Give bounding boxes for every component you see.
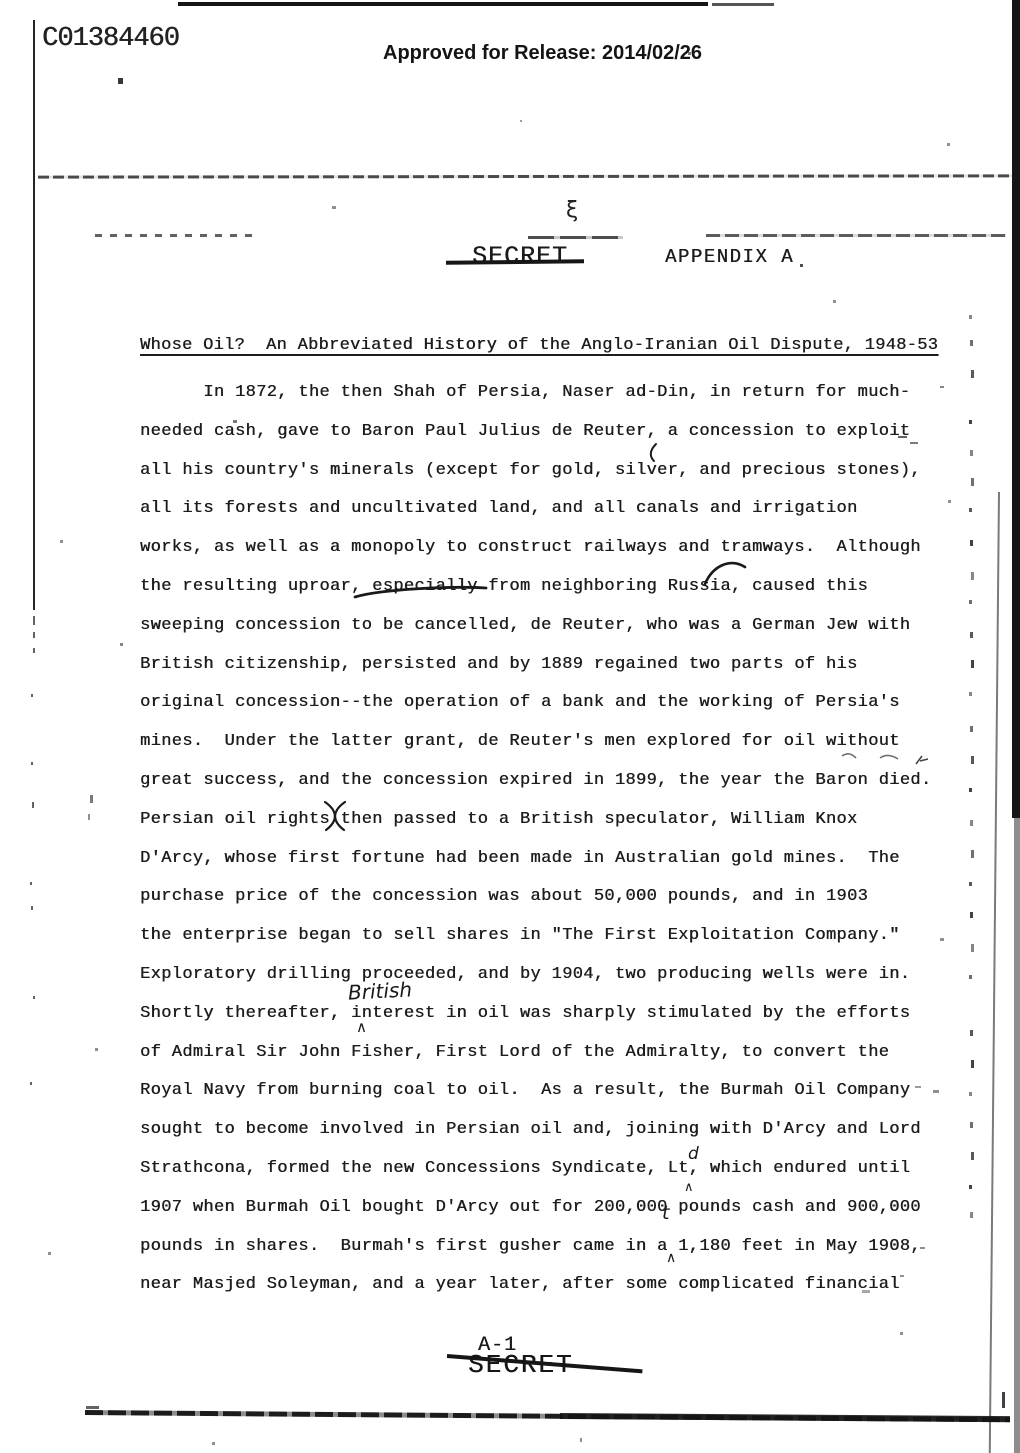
handwritten-flourish-russia	[702, 556, 748, 588]
document-body: In 1872, the then Shah of Persia, Naser …	[140, 374, 931, 1305]
body-line: pounds in shares. Burmah's first gusher …	[140, 1228, 931, 1267]
left-border-remnant	[33, 648, 35, 653]
scan-noise-speck	[60, 540, 63, 543]
body-line: D'Arcy, whose first fortune had been mad…	[140, 840, 931, 879]
body-line: needed cash, gave to Baron Paul Julius d…	[140, 413, 931, 452]
scan-noise-speck	[86, 1406, 99, 1409]
margin-tick-mark	[970, 632, 973, 638]
scan-noise-speck	[1002, 1392, 1005, 1408]
classification-header: SECRET	[472, 242, 568, 271]
scan-noise-speck	[95, 1048, 98, 1051]
margin-tick-mark	[969, 692, 972, 696]
margin-tick-mark	[971, 1060, 974, 1068]
body-line: sweeping concession to be cancelled, de …	[140, 607, 931, 646]
body-line: Royal Navy from burning coal to oil. As …	[140, 1072, 931, 1111]
margin-tick-mark	[969, 420, 972, 424]
scan-noise-speck	[947, 143, 950, 146]
scan-noise-speck	[862, 1290, 870, 1293]
body-line: sought to become involved in Persian oil…	[140, 1111, 931, 1150]
scan-artifact-top-line	[178, 2, 708, 6]
scan-artifact-bottom-line-dark	[560, 1413, 1010, 1422]
body-line: all its forests and uncultivated land, a…	[140, 490, 931, 529]
scan-noise-speck	[900, 1332, 903, 1335]
margin-tick-mark	[970, 340, 973, 346]
left-border-remnant	[33, 616, 35, 625]
handwritten-caret: ∧	[356, 1018, 367, 1036]
body-line: the enterprise began to sell shares in "…	[140, 917, 931, 956]
scan-noise-speck	[800, 264, 803, 267]
scan-noise-speck	[910, 442, 918, 444]
scan-artifact-dash-segment-right	[706, 234, 1006, 237]
scan-noise-speck	[920, 1247, 925, 1249]
body-line: works, as well as a monopoly to construc…	[140, 529, 931, 568]
scan-artifact-dash-segment-left	[95, 234, 257, 237]
margin-tick-mark	[970, 450, 973, 456]
scan-noise-speck	[940, 938, 944, 941]
scan-artifact-dotted-rule	[38, 174, 1013, 178]
scan-noise-speck	[233, 420, 237, 423]
margin-tick-mark	[971, 756, 974, 764]
left-border-remnant	[31, 694, 33, 697]
body-line: all his country's minerals (except for g…	[140, 452, 931, 491]
scan-noise-speck	[915, 1086, 921, 1088]
release-stamp: Approved for Release: 2014/02/26	[383, 42, 702, 65]
body-line: purchase price of the concession was abo…	[140, 878, 931, 917]
body-line: original concession--the operation of a …	[140, 684, 931, 723]
handwritten-insert-d: d	[688, 1144, 699, 1164]
body-line: In 1872, the then Shah of Persia, Naser …	[140, 374, 931, 413]
left-border-remnant	[33, 996, 35, 999]
scan-noise-speck	[580, 1438, 582, 1442]
body-line: Shortly thereafter, interest in oil was …	[140, 995, 931, 1034]
scan-noise-speck	[48, 1252, 51, 1255]
document-page: ξ C01384460 Approved for Release: 2014/0…	[0, 0, 1020, 1453]
handwritten-insert-british: British	[347, 977, 412, 1004]
pencil-marks-died	[840, 748, 930, 772]
margin-tick-mark	[971, 850, 974, 858]
scan-noise-speck	[940, 386, 944, 388]
document-number: C01384460	[42, 24, 179, 54]
document-title: Whose Oil? An Abbreviated History of the…	[140, 336, 938, 355]
left-border-remnant	[30, 1082, 32, 1085]
handwritten-insert-t: t	[662, 1202, 669, 1224]
scan-noise-speck	[688, 52, 691, 55]
scan-noise-speck	[88, 814, 90, 820]
margin-tick-mark	[970, 1212, 973, 1218]
left-border-remnant	[31, 906, 33, 910]
scan-noise-speck	[933, 1090, 939, 1093]
margin-tick-mark	[969, 600, 972, 604]
scan-artifact-right-fold-line	[989, 492, 1000, 1453]
scan-noise-speck	[900, 1275, 904, 1277]
scan-artifact-right-edge-dark	[1012, 0, 1020, 818]
body-line: great success, and the concession expire…	[140, 762, 931, 801]
scan-noise-speck	[90, 795, 93, 803]
handwritten-caret: ∧	[666, 1250, 676, 1266]
scan-artifact-left-border	[33, 20, 35, 610]
body-line: Strathcona, formed the new Concessions S…	[140, 1150, 931, 1189]
margin-tick-mark	[970, 726, 973, 732]
margin-tick-mark	[969, 508, 972, 512]
handwritten-comma-reuter	[646, 442, 660, 464]
left-border-remnant	[33, 632, 35, 638]
scan-noise-speck	[520, 120, 522, 122]
margin-tick-mark	[969, 315, 972, 319]
scan-noise-speck	[833, 300, 836, 303]
body-line: the resulting uproar, especially from ne…	[140, 568, 931, 607]
scan-noise-speck	[898, 436, 907, 438]
scan-artifact-squiggle-mark: ξ	[566, 198, 578, 223]
margin-tick-mark	[971, 660, 974, 668]
margin-tick-mark	[970, 912, 973, 918]
margin-tick-mark	[970, 820, 973, 826]
scan-noise-speck	[332, 206, 336, 209]
left-border-remnant	[30, 882, 32, 885]
margin-tick-mark	[969, 1092, 972, 1096]
scan-artifact-top-line-tail	[712, 3, 774, 6]
handwritten-caret: ∧	[684, 1180, 694, 1195]
margin-tick-mark	[969, 788, 972, 792]
margin-tick-mark	[970, 540, 973, 546]
margin-tick-mark	[969, 1185, 972, 1189]
margin-tick-mark	[971, 370, 974, 378]
body-line: Persian oil rights then passed to a Brit…	[140, 801, 931, 840]
appendix-label: APPENDIX A	[665, 246, 794, 268]
scan-artifact-right-edge-light	[1014, 818, 1020, 1453]
handwritten-strikethrough-especially	[354, 584, 488, 600]
body-line: near Masjed Soleyman, and a year later, …	[140, 1266, 931, 1305]
scan-artifact-dash-segment-mid	[528, 236, 623, 239]
body-line: 1907 when Burmah Oil bought D'Arcy out f…	[140, 1189, 931, 1228]
margin-tick-mark	[970, 1030, 973, 1036]
scan-noise-speck	[948, 500, 951, 503]
left-border-remnant	[31, 762, 33, 765]
scan-noise-speck	[212, 1442, 215, 1445]
margin-tick-mark	[970, 1122, 973, 1128]
body-line: British citizenship, persisted and by 18…	[140, 646, 931, 685]
handwritten-x-mark-rights	[322, 800, 348, 832]
margin-tick-mark	[969, 975, 972, 979]
margin-tick-mark	[971, 478, 974, 486]
body-line: mines. Under the latter grant, de Reuter…	[140, 723, 931, 762]
scan-noise-speck	[120, 643, 123, 646]
margin-tick-mark	[971, 1152, 974, 1160]
left-border-remnant	[32, 802, 34, 808]
margin-tick-mark	[971, 944, 974, 952]
margin-tick-mark	[969, 882, 972, 886]
body-line: of Admiral Sir John Fisher, First Lord o…	[140, 1034, 931, 1073]
body-line: Exploratory drilling proceeded, and by 1…	[140, 956, 931, 995]
margin-tick-mark	[971, 572, 974, 580]
scan-noise-speck	[118, 78, 123, 84]
